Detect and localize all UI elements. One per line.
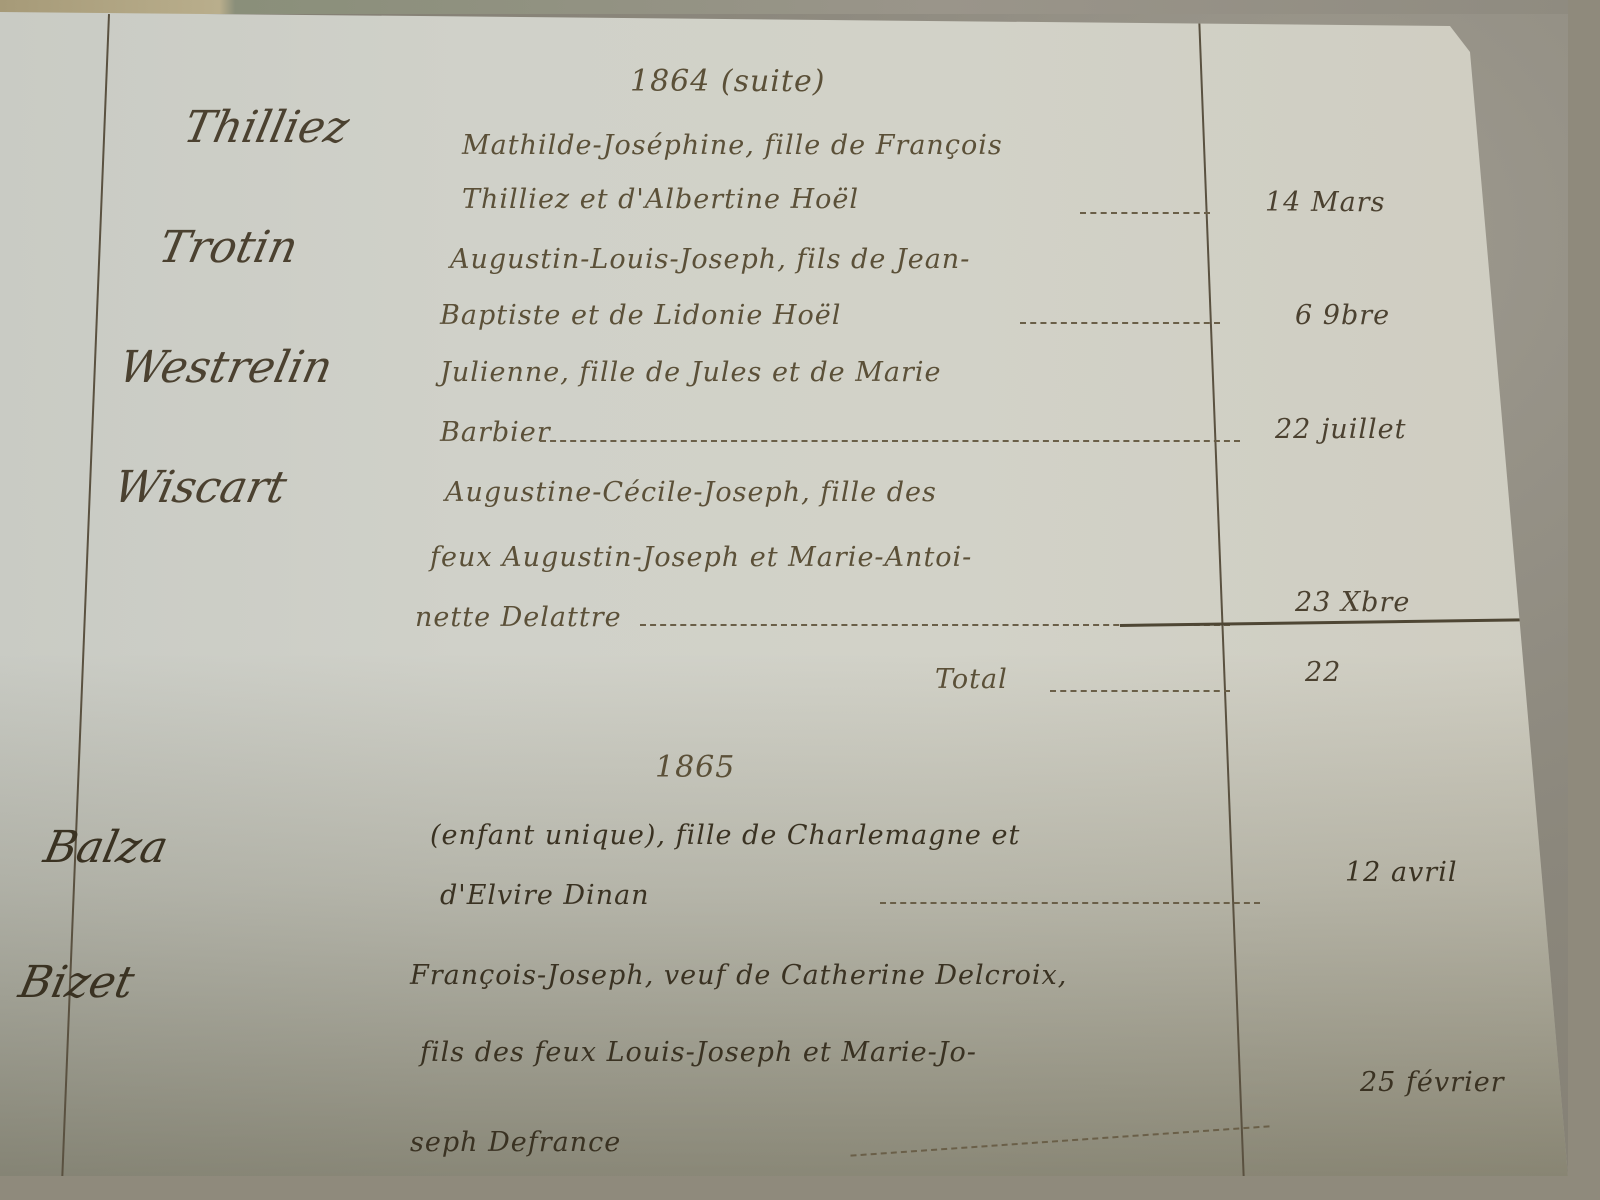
entry-date: 6 9bre [1295, 300, 1390, 331]
entry-text-line: Mathilde-Joséphine, fille de François [462, 130, 1003, 161]
leader-dashes [1080, 212, 1210, 214]
entry-text-line: Barbier [440, 417, 551, 448]
entry-surname: Balza [40, 822, 173, 873]
year-heading-1865: 1865 [655, 750, 735, 785]
entry-text-line: fils des feux Louis-Joseph et Marie-Jo- [420, 1037, 977, 1068]
leader-dashes [540, 440, 1240, 442]
total-value: 22 [1305, 657, 1341, 688]
entry-surname: Trotin [155, 222, 303, 273]
leader-dashes [1020, 322, 1220, 324]
entry-text-line: Augustin-Louis-Joseph, fils de Jean- [450, 244, 970, 275]
entry-text-line: feux Augustin-Joseph et Marie-Antoi- [430, 542, 972, 573]
entry-text-line: François-Joseph, veuf de Catherine Delcr… [410, 960, 1067, 991]
entry-date: 23 Xbre [1295, 587, 1410, 618]
entry-text-line: Julienne, fille de Jules et de Marie [440, 357, 941, 388]
entry-surname: Bizet [15, 957, 139, 1008]
entry-date: 25 février [1360, 1067, 1505, 1098]
entry-surname: Westrelin [115, 342, 337, 393]
entry-text-line: Baptiste et de Lidonie Hoël [440, 300, 841, 331]
entry-surname: Thilliez [180, 102, 354, 153]
entry-text-line: (enfant unique), fille de Charlemagne et [430, 820, 1020, 851]
total-label: Total [935, 664, 1008, 695]
total-rule [1120, 618, 1568, 627]
entry-date: 22 juillet [1275, 414, 1406, 445]
leader-dashes [880, 902, 1260, 904]
entry-text-line: nette Delattre [415, 602, 622, 633]
entry-date: 12 avril [1345, 857, 1457, 888]
entry-text-line: d'Elvire Dinan [440, 880, 650, 911]
register-page: 1864 (suite) Thilliez Mathilde-Joséphine… [0, 12, 1568, 1176]
year-heading-1864: 1864 (suite) [630, 64, 825, 99]
entry-text-line: Augustine-Cécile-Joseph, fille des [445, 477, 937, 508]
entry-text-line: seph Defrance [410, 1127, 621, 1158]
entry-surname: Wiscart [110, 462, 292, 513]
book-binding-edge [0, 0, 1568, 14]
leader-dashes [1050, 690, 1230, 692]
entry-date: 14 Mars [1265, 187, 1385, 218]
date-column-rule [1198, 14, 1245, 1176]
entry-text-line: Thilliez et d'Albertine Hoël [462, 184, 859, 215]
leader-dashes [850, 1125, 1269, 1156]
